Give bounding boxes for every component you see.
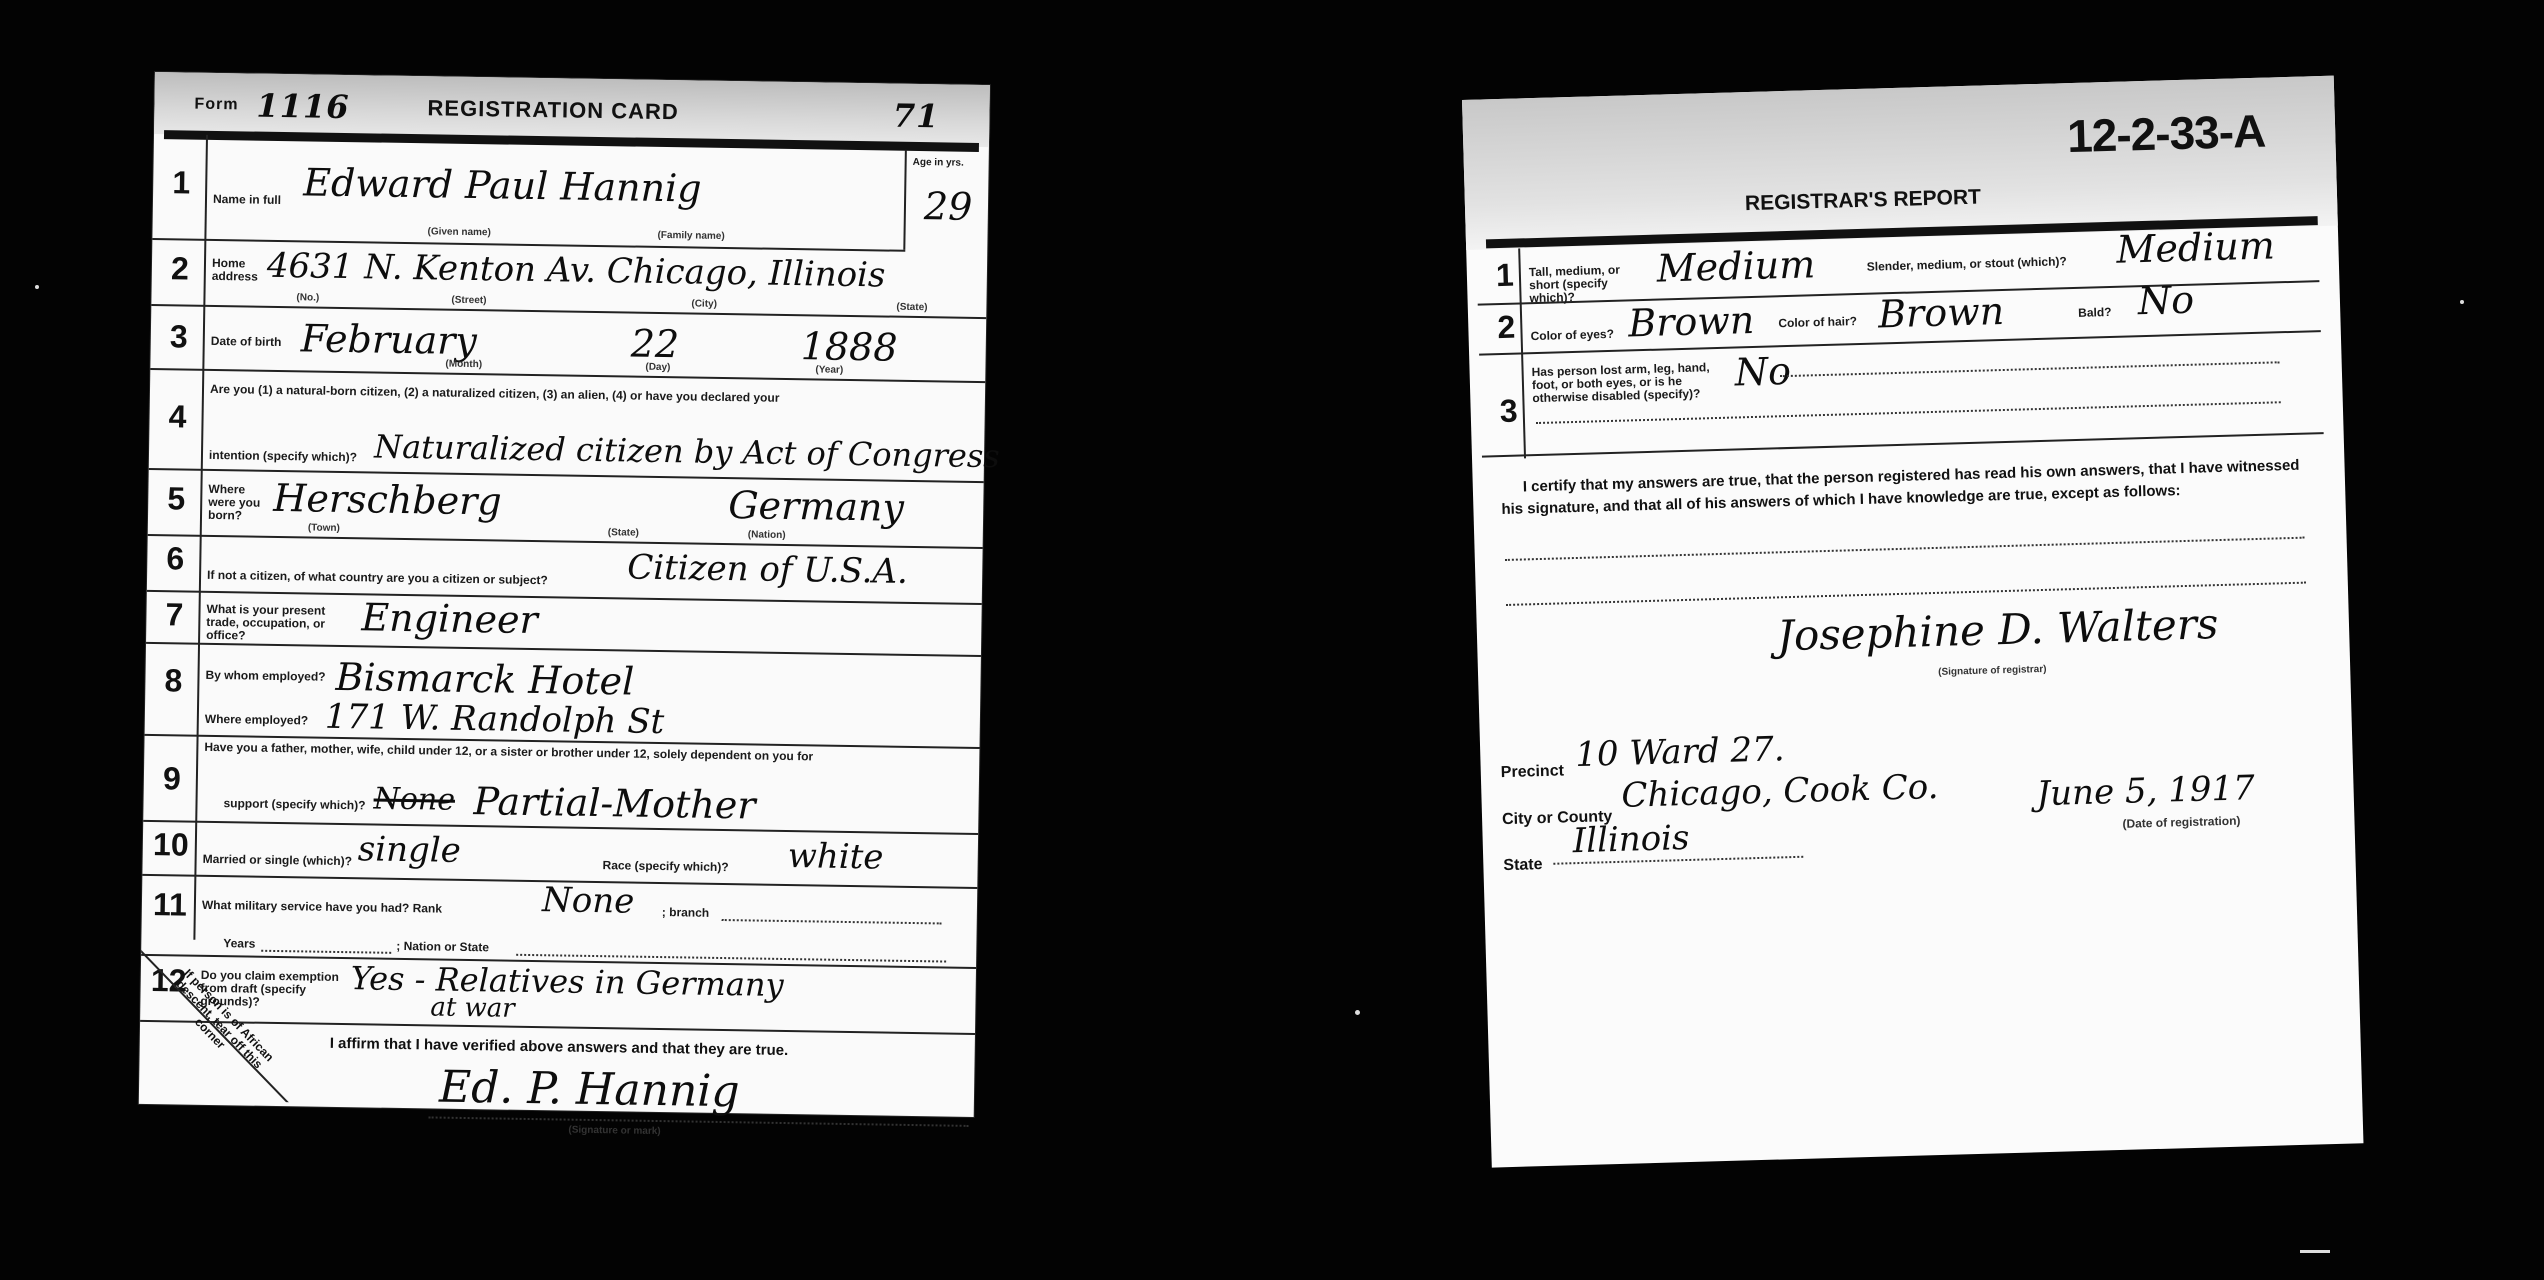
field-row-employer: 8 By whom employed? Bismarck Hotel Where… <box>145 642 981 749</box>
corner-note-text: If person is of African descent, tear of… <box>153 957 285 1092</box>
field-number: 1 <box>161 164 202 202</box>
field-label: Have you a father, mother, wife, child u… <box>204 741 813 764</box>
scan-speck <box>2460 300 2464 304</box>
caption: (No.) <box>296 292 319 303</box>
field-label: Home address <box>212 257 258 284</box>
field-label: Color of hair? <box>1778 315 1857 330</box>
card-title: REGISTRATION CARD <box>427 95 679 125</box>
registrant-signature: Ed. P. Hannig <box>439 1062 740 1118</box>
date-caption: (Date of registration) <box>2122 814 2240 831</box>
serial-number: 1116 <box>256 87 350 126</box>
field-label: If not a citizen, of what country are yo… <box>207 569 548 587</box>
hair-color-value: Brown <box>1878 289 2005 337</box>
registrar-signature: Josephine D. Walters <box>1776 599 2219 660</box>
name-value: Edward Paul Hannig <box>303 160 702 210</box>
dob-year: 1888 <box>800 324 897 370</box>
caption: (Year) <box>815 364 843 375</box>
registration-card: Form 1116 REGISTRATION CARD 71 Age in yr… <box>139 72 990 1117</box>
field-label: support (specify which)? <box>223 797 365 812</box>
signature-caption: (Signature or mark) <box>568 1125 660 1137</box>
age-label: Age in yrs. <box>913 156 964 170</box>
build-value: Medium <box>2116 223 2276 271</box>
card-number: 71 <box>893 97 940 136</box>
signature-line <box>429 1116 969 1126</box>
field-label: ; branch <box>662 906 710 920</box>
caption: (Family name) <box>657 230 724 242</box>
report-row-disability: 3 Has person lost arm, leg, hand, foot, … <box>1479 330 2324 457</box>
serial-code: 12-2-33-A <box>2066 104 2266 164</box>
tear-off-corner: If person is of African descent, tear of… <box>139 940 301 1102</box>
field-label: By whom employed? <box>205 669 325 684</box>
struck-value: None <box>373 782 455 818</box>
caption: (Nation) <box>748 529 786 541</box>
registrars-report-card: 12-2-33-A REGISTRAR'S REPORT 1 Tall, med… <box>1462 76 2363 1168</box>
field-row-name: 1 Name in full Edward Paul Hannig (Given… <box>152 138 907 252</box>
field-row-citizenship: 4 Are you (1) a natural-born citizen, (2… <box>149 368 985 483</box>
scan-speck <box>2300 1250 2330 1253</box>
occupation-value: Engineer <box>361 595 538 642</box>
field-label: Date of birth <box>211 335 282 349</box>
field-label: What military service have you had? Rank <box>202 899 442 916</box>
field-number: 5 <box>156 480 197 518</box>
age-value: 29 <box>924 184 973 229</box>
address-value: 4631 N. Kenton Av. Chicago, Illinois <box>267 246 886 296</box>
dob-month: February <box>300 316 477 363</box>
field-row-dependents: 9 Have you a father, mother, wife, child… <box>143 734 979 835</box>
scan-speck <box>1355 1010 1360 1015</box>
blank-line <box>1536 401 2281 424</box>
military-value: None <box>542 880 635 921</box>
country-value: Citizen of U.S.A. <box>627 547 908 591</box>
blank-line <box>1505 537 2305 561</box>
field-number: 2 <box>1486 308 1527 346</box>
field-number: 4 <box>157 398 198 436</box>
field-label: Race (specify which)? <box>602 859 728 874</box>
marital-value: single <box>358 829 462 871</box>
race-value: white <box>787 836 883 877</box>
field-number: 10 <box>151 826 192 864</box>
state-value: Illinois <box>1572 818 1690 861</box>
caption: (Street) <box>451 295 486 307</box>
field-label: ; Nation or State <box>396 940 489 954</box>
disability-value: No <box>1734 349 1791 395</box>
city-value: Chicago, Cook Co. <box>1621 767 1939 816</box>
dob-day: 22 <box>630 322 679 367</box>
registration-date: June 5, 1917 <box>2036 768 2255 814</box>
field-number: 9 <box>152 760 193 798</box>
serial-label: Form <box>194 96 238 115</box>
precinct-value: 10 Ward 27. <box>1575 729 1785 775</box>
caption: (City) <box>691 298 717 309</box>
field-label: Slender, medium, or stout (which)? <box>1867 255 2067 274</box>
birth-town: Herschberg <box>273 476 502 524</box>
field-label: intention (specify which)? <box>209 449 357 464</box>
caption: (Day) <box>645 362 670 373</box>
field-label: Name in full <box>213 193 281 207</box>
height-value: Medium <box>1656 242 1816 290</box>
eye-color-value: Brown <box>1628 298 1755 346</box>
field-label: Where employed? <box>205 713 309 728</box>
field-label: Where were you born? <box>208 483 269 523</box>
field-label: Are you (1) a natural-born citizen, (2) … <box>210 383 780 405</box>
caption: (State) <box>896 302 927 313</box>
field-label: Has person lost arm, leg, hand, foot, or… <box>1531 361 1722 405</box>
caption: (Town) <box>308 522 340 534</box>
birth-nation: Germany <box>728 483 904 530</box>
precinct-label: Precinct <box>1501 762 1565 782</box>
field-number: 3 <box>1488 392 1529 430</box>
blank-line <box>722 919 942 924</box>
caption: (Given name) <box>427 226 491 238</box>
registrar-caption: (Signature of registrar) <box>1938 664 2047 678</box>
field-number: 1 <box>1484 256 1525 294</box>
citizenship-value: Naturalized citizen by Act of Congress <box>374 427 1000 475</box>
exemption-value-continued: at war <box>430 992 515 1023</box>
field-number: 2 <box>160 250 201 288</box>
field-number: 8 <box>153 662 194 700</box>
dependents-value: Partial-Mother <box>473 779 756 827</box>
field-number: 11 <box>150 886 191 924</box>
field-label: Bald? <box>2078 306 2112 320</box>
certification-text: I certify that my answers are true, that… <box>1501 455 2302 521</box>
caption: (Month) <box>445 359 482 371</box>
caption: (State) <box>608 527 639 538</box>
field-label: Color of eyes? <box>1530 328 1614 343</box>
blank-line <box>1780 361 2280 377</box>
state-label: State <box>1503 856 1543 875</box>
field-number: 6 <box>155 540 196 578</box>
bald-value: No <box>2137 278 2194 324</box>
exemption-value: Yes - Relatives in Germany <box>350 959 783 1004</box>
employer-address-value: 171 W. Randolph St <box>325 697 665 742</box>
field-number: 7 <box>154 596 195 634</box>
field-label: What is your present trade, occupation, … <box>206 603 347 644</box>
scan-speck <box>35 285 39 289</box>
field-number: 3 <box>159 318 200 356</box>
employer-value: Bismarck Hotel <box>335 655 634 704</box>
affirmation-text: I affirm that I have verified above answ… <box>330 1035 789 1059</box>
age-box: Age in yrs. 29 <box>903 150 979 251</box>
field-label: Married or single (which)? <box>203 853 353 868</box>
